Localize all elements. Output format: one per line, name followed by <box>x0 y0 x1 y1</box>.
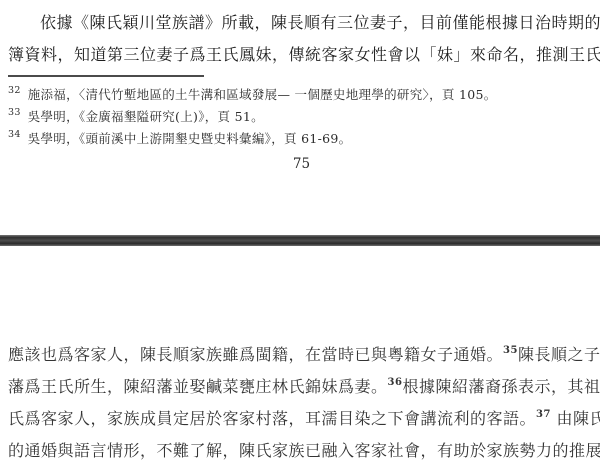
body-text-line: 的通婚與語言情形，不難了解，陳氏家族已融入客家社會，有助於家族勢力的推展。 <box>8 435 595 467</box>
footnote-text: 吳學明，《頭前溪中上游開墾史暨史料彙編》，頁 61-69。 <box>28 131 352 146</box>
footnote: 32施添福，〈清代竹塹地區的土牛溝和區域發展— 一個歷史地理學的研究〉，頁 10… <box>8 84 595 106</box>
line-text: 根據陳紹藩裔孫表示，其祖母林 <box>402 377 600 396</box>
footnote-divider <box>8 75 204 77</box>
line-text: 應該也爲客家人，陳長順家族雖爲閩籍，在當時已與粵籍女子通婚。 <box>8 345 503 364</box>
footnote-reference: 37 <box>536 409 551 420</box>
footnote-number: 32 <box>8 85 21 96</box>
footnote-reference: 35 <box>503 345 518 356</box>
line-text: 的通婚與語言情形，不難了解，陳氏家族已融入客家社會，有助於家族勢力的推展。 <box>8 441 600 460</box>
line-text: 由陳氏家族 <box>551 409 600 428</box>
footnote: 33吳學明，《金廣福墾隘研究(上)》，頁 51。 <box>8 106 595 128</box>
line-text: 藩爲王氏所生，陳紹藩並娶鹹菜甕庄林氏錦妹爲妻。 <box>8 377 388 396</box>
footnote-text: 施添福，〈清代竹塹地區的土牛溝和區域發展— 一個歷史地理學的研究〉，頁 105。 <box>28 87 497 102</box>
body-text-line: 應該也爲客家人，陳長順家族雖爲閩籍，在當時已與粵籍女子通婚。35陳長順之子陳紹 <box>8 339 595 371</box>
page-number: 75 <box>8 154 595 174</box>
page-75: 依據《陳氏穎川堂族譜》所載，陳長順有三位妻子，目前僅能根據日治時期的除戶 簿資料… <box>0 0 600 174</box>
footnote-reference: 36 <box>388 377 403 388</box>
footnote: 34吳學明，《頭前溪中上游開墾史暨史料彙編》，頁 61-69。 <box>8 128 595 150</box>
footnote-number: 33 <box>8 107 21 118</box>
body-text-line: 簿資料，知道第三位妻子爲王氏鳳妹，傳統客家女性會以「妹」來命名，推測王氏鳳妹 <box>8 39 595 71</box>
footnotes-block: 32施添福，〈清代竹塹地區的土牛溝和區域發展— 一個歷史地理學的研究〉，頁 10… <box>8 84 595 150</box>
body-text-line: 依據《陳氏穎川堂族譜》所載，陳長順有三位妻子，目前僅能根據日治時期的除戶 <box>8 7 595 39</box>
page-break-band <box>0 235 600 246</box>
footnote-number: 34 <box>8 129 21 140</box>
footnote-text: 吳學明，《金廣福墾隘研究(上)》，頁 51。 <box>28 109 264 124</box>
body-text-line: 氏爲客家人，家族成員定居於客家村落，耳濡目染之下會講流利的客語。37 由陳氏家族 <box>8 403 595 435</box>
scanned-document-screenshot: { "colors": { "paper": "#ffffff", "ink":… <box>0 0 600 470</box>
page-76: 應該也爲客家人，陳長順家族雖爲閩籍，在當時已與粵籍女子通婚。35陳長順之子陳紹 … <box>0 339 600 467</box>
body-text-line: 藩爲王氏所生，陳紹藩並娶鹹菜甕庄林氏錦妹爲妻。36根據陳紹藩裔孫表示，其祖母林 <box>8 371 595 403</box>
document-scan: 依據《陳氏穎川堂族譜》所載，陳長順有三位妻子，目前僅能根據日治時期的除戶 簿資料… <box>0 0 600 470</box>
line-text: 陳長順之子陳紹 <box>518 345 600 364</box>
line-text: 氏爲客家人，家族成員定居於客家村落，耳濡目染之下會講流利的客語。 <box>8 409 536 428</box>
